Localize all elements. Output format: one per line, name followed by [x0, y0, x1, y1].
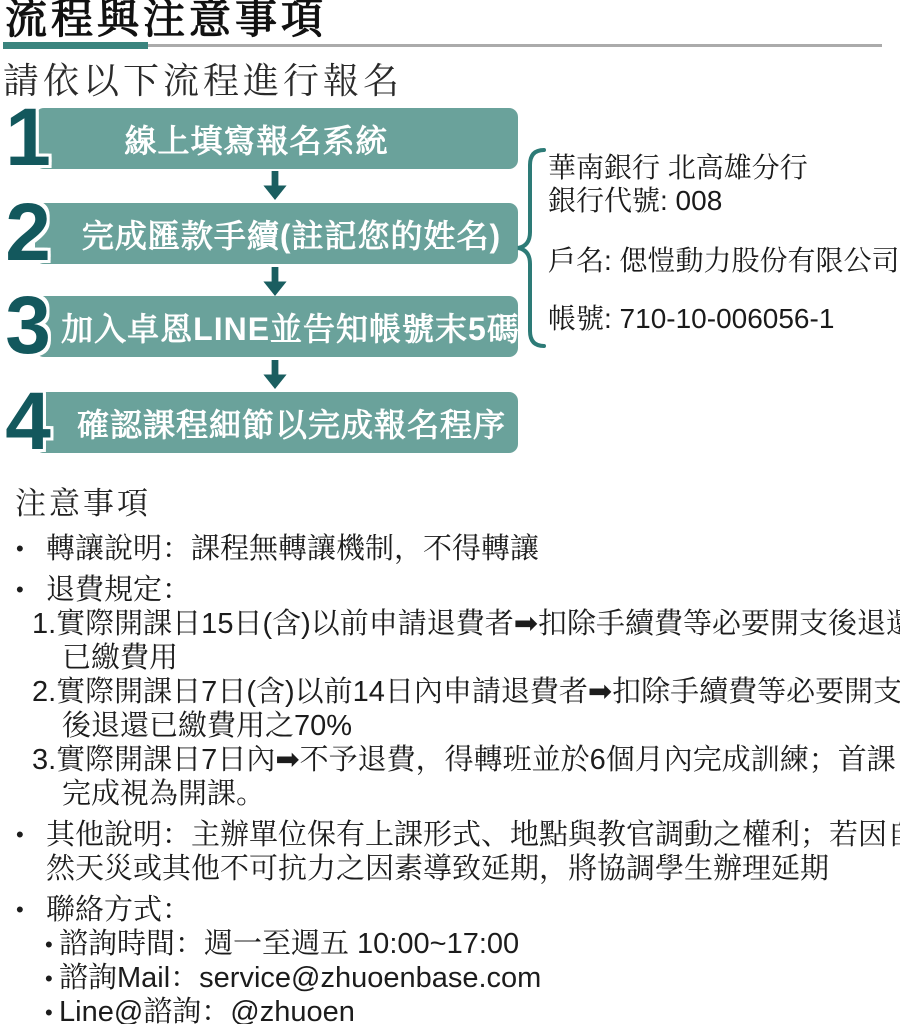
note-text: 諮詢Mail：service@zhuoenbase.com	[59, 962, 541, 994]
step-number-4: 4	[0, 381, 56, 463]
step-number-3: 3	[0, 285, 56, 367]
bullet-icon: •	[16, 532, 24, 566]
note-line: 3.實際開課日7日內➡不予退費，得轉班並於6個月內完成訓練；首課	[0, 743, 900, 777]
title-underline-rule	[148, 44, 882, 47]
flow-intro-text: 請依以下流程進行報名	[3, 60, 403, 102]
page-title: 流程與注意事項	[5, 0, 327, 42]
bank-name: 華南銀行 北高雄分行	[548, 152, 808, 183]
bullet-icon: •	[16, 573, 24, 607]
note-text: 然天災或其他不可抗力之因素導致延期，將協調學生辦理延期	[46, 853, 829, 885]
note-text: 聯絡方式：	[46, 894, 191, 926]
note-text: 已繳費用	[62, 642, 178, 674]
note-line: 後退還已繳費用之70%	[0, 709, 900, 743]
note-text: 轉讓說明：課程無轉讓機制，不得轉讓	[46, 533, 539, 565]
title-underline-accent	[3, 42, 148, 49]
arrow-down-icon	[262, 267, 288, 296]
bullet-icon: •	[45, 962, 53, 996]
step-label-2: 完成匯款手續(註記您的姓名)	[82, 211, 501, 257]
notes-section: 注意事項 •轉讓說明：課程無轉讓機制，不得轉讓•退費規定：1.實際開課日15日(…	[0, 486, 900, 1024]
note-text: 退費規定：	[46, 574, 191, 606]
note-line: •Line@諮詢：@zhuoen	[0, 995, 900, 1024]
step-number-2: 2	[0, 192, 56, 274]
bullet-icon: •	[45, 928, 53, 962]
step-box-3: 加入卓恩LINE並告知帳號末5碼	[35, 296, 518, 357]
note-text: Line@諮詢：@zhuoen	[59, 996, 355, 1024]
step-box-4: 確認課程細節以完成報名程序	[35, 392, 518, 453]
notes-heading: 注意事項	[15, 486, 900, 522]
note-line: 然天災或其他不可抗力之因素導致延期，將協調學生辦理延期	[0, 852, 900, 886]
note-line: •諮詢Mail：service@zhuoenbase.com	[0, 961, 900, 995]
note-text: 完成視為開課。	[62, 778, 265, 810]
arrow-down-icon	[262, 360, 288, 389]
notes-list: •轉讓說明：課程無轉讓機制，不得轉讓•退費規定：1.實際開課日15日(含)以前申…	[0, 532, 900, 1024]
note-text: 2.實際開課日7日(含)以前14日內申請退費者➡扣除手續費等必要開支	[32, 676, 900, 708]
bank-code: 銀行代號: 008	[548, 185, 722, 216]
step-label-4: 確認課程細節以完成報名程序	[77, 400, 506, 446]
note-line: •其他說明：主辦單位保有上課形式、地點與教官調動之權利；若因自	[0, 818, 900, 852]
step-number-1: 1	[0, 97, 56, 179]
arrow-down-icon	[262, 171, 288, 200]
note-text: 後退還已繳費用之70%	[62, 710, 352, 742]
bank-account-name: 戶名: 偲愷動力股份有限公司	[548, 245, 900, 276]
step-label-3: 加入卓恩LINE並告知帳號末5碼	[61, 304, 520, 350]
bank-account-number: 帳號: 710-10-006056-1	[548, 303, 834, 334]
note-text: 1.實際開課日15日(含)以前申請退費者➡扣除手續費等必要開支後退還	[32, 608, 900, 640]
bullet-icon: •	[16, 818, 24, 852]
step-box-2: 完成匯款手續(註記您的姓名)	[35, 203, 518, 264]
note-line: •退費規定：	[0, 573, 900, 607]
step-label-1: 線上填寫報名系統	[124, 116, 388, 162]
step-box-1: 線上填寫報名系統	[35, 108, 518, 169]
note-line: 已繳費用	[0, 641, 900, 675]
bank-info: 華南銀行 北高雄分行 銀行代號: 008 戶名: 偲愷動力股份有限公司 帳號: …	[548, 152, 900, 352]
note-line: 1.實際開課日15日(含)以前申請退費者➡扣除手續費等必要開支後退還	[0, 607, 900, 641]
bullet-icon: •	[16, 893, 24, 927]
note-text: 3.實際開課日7日內➡不予退費，得轉班並於6個月內完成訓練；首課	[32, 744, 896, 776]
note-line: •聯絡方式：	[0, 893, 900, 927]
bullet-icon: •	[45, 996, 53, 1024]
note-line: •轉讓說明：課程無轉讓機制，不得轉讓	[0, 532, 900, 566]
title-underline	[3, 41, 882, 49]
left-brace-icon	[512, 148, 548, 348]
note-text: 諮詢時間：週一至週五 10:00~17:00	[59, 928, 519, 960]
note-line: 2.實際開課日7日(含)以前14日內申請退費者➡扣除手續費等必要開支	[0, 675, 900, 709]
note-line: 完成視為開課。	[0, 777, 900, 811]
note-text: 其他說明：主辦單位保有上課形式、地點與教官調動之權利；若因自	[46, 819, 900, 851]
note-line: •諮詢時間：週一至週五 10:00~17:00	[0, 927, 900, 961]
